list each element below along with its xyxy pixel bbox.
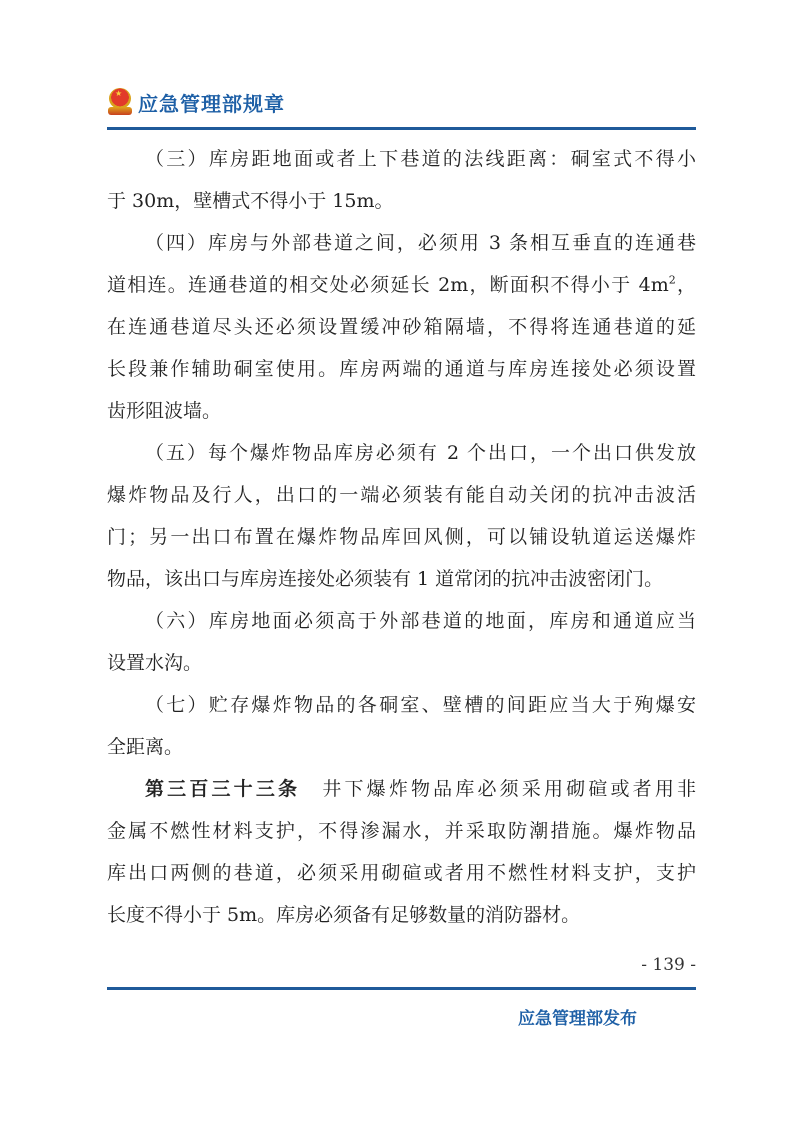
publisher-label: 应急管理部发布 — [518, 1004, 637, 1029]
footer-divider — [107, 987, 696, 990]
header-title: 应急管理部规章 — [138, 88, 285, 117]
header-divider — [107, 127, 696, 130]
paragraph-line: 物品，该出口与库房连接处必须装有 1 道常闭的抗冲击波密闭门。 — [107, 558, 696, 600]
paragraph-line: 爆炸物品及行人，出口的一端必须装有能自动关闭的抗冲击波活 — [107, 474, 696, 516]
line-text: 井下爆炸物品库必须采用砌碹或者用非 — [300, 778, 696, 800]
paragraph-line: （三）库房距地面或者上下巷道的法线距离：硐室式不得小 — [107, 138, 696, 180]
page-number: - 139 - — [641, 955, 696, 975]
paragraph-line: 门；另一出口布置在爆炸物品库回风侧，可以铺设轨道运送爆炸 — [107, 516, 696, 558]
page-header: ★ 应急管理部规章 — [107, 84, 285, 120]
document-body: （三）库房距地面或者上下巷道的法线距离：硐室式不得小 于 30m，壁槽式不得小于… — [107, 138, 696, 936]
paragraph-line: 道相连。连通巷道的相交处必须延长 2m，断面积不得小于 4m2， — [107, 264, 696, 306]
paragraph-line: 于 30m，壁槽式不得小于 15m。 — [107, 180, 696, 222]
paragraph-line: 库出口两侧的巷道，必须采用砌碹或者用不燃性材料支护，支护 — [107, 852, 696, 894]
national-emblem-icon: ★ — [107, 87, 133, 117]
superscript: 2 — [669, 274, 676, 287]
paragraph-line: （七）贮存爆炸物品的各硐室、壁槽的间距应当大于殉爆安 — [107, 684, 696, 726]
paragraph-line: 齿形阻波墙。 — [107, 390, 696, 432]
paragraph-line: 第三百三十三条 井下爆炸物品库必须采用砌碹或者用非 — [107, 768, 696, 810]
paragraph-line: （五）每个爆炸物品库房必须有 2 个出口，一个出口供发放 — [107, 432, 696, 474]
paragraph-line: （四）库房与外部巷道之间，必须用 3 条相互垂直的连通巷 — [107, 222, 696, 264]
paragraph-line: 设置水沟。 — [107, 642, 696, 684]
paragraph-line: 在连通巷道尽头还必须设置缓冲砂箱隔墙，不得将连通巷道的延 — [107, 306, 696, 348]
article-number: 第三百三十三条 — [145, 778, 300, 800]
paragraph-line: 长段兼作辅助硐室使用。库房两端的通道与库房连接处必须设置 — [107, 348, 696, 390]
paragraph-line: 金属不燃性材料支护，不得渗漏水，并采取防潮措施。爆炸物品 — [107, 810, 696, 852]
paragraph-line: 长度不得小于 5m。库房必须备有足够数量的消防器材。 — [107, 894, 696, 936]
line-tail: ， — [676, 274, 696, 296]
paragraph-line: 全距离。 — [107, 726, 696, 768]
line-text: 道相连。连通巷道的相交处必须延长 2m，断面积不得小于 4m — [107, 274, 669, 296]
paragraph-line: （六）库房地面必须高于外部巷道的地面，库房和通道应当 — [107, 600, 696, 642]
